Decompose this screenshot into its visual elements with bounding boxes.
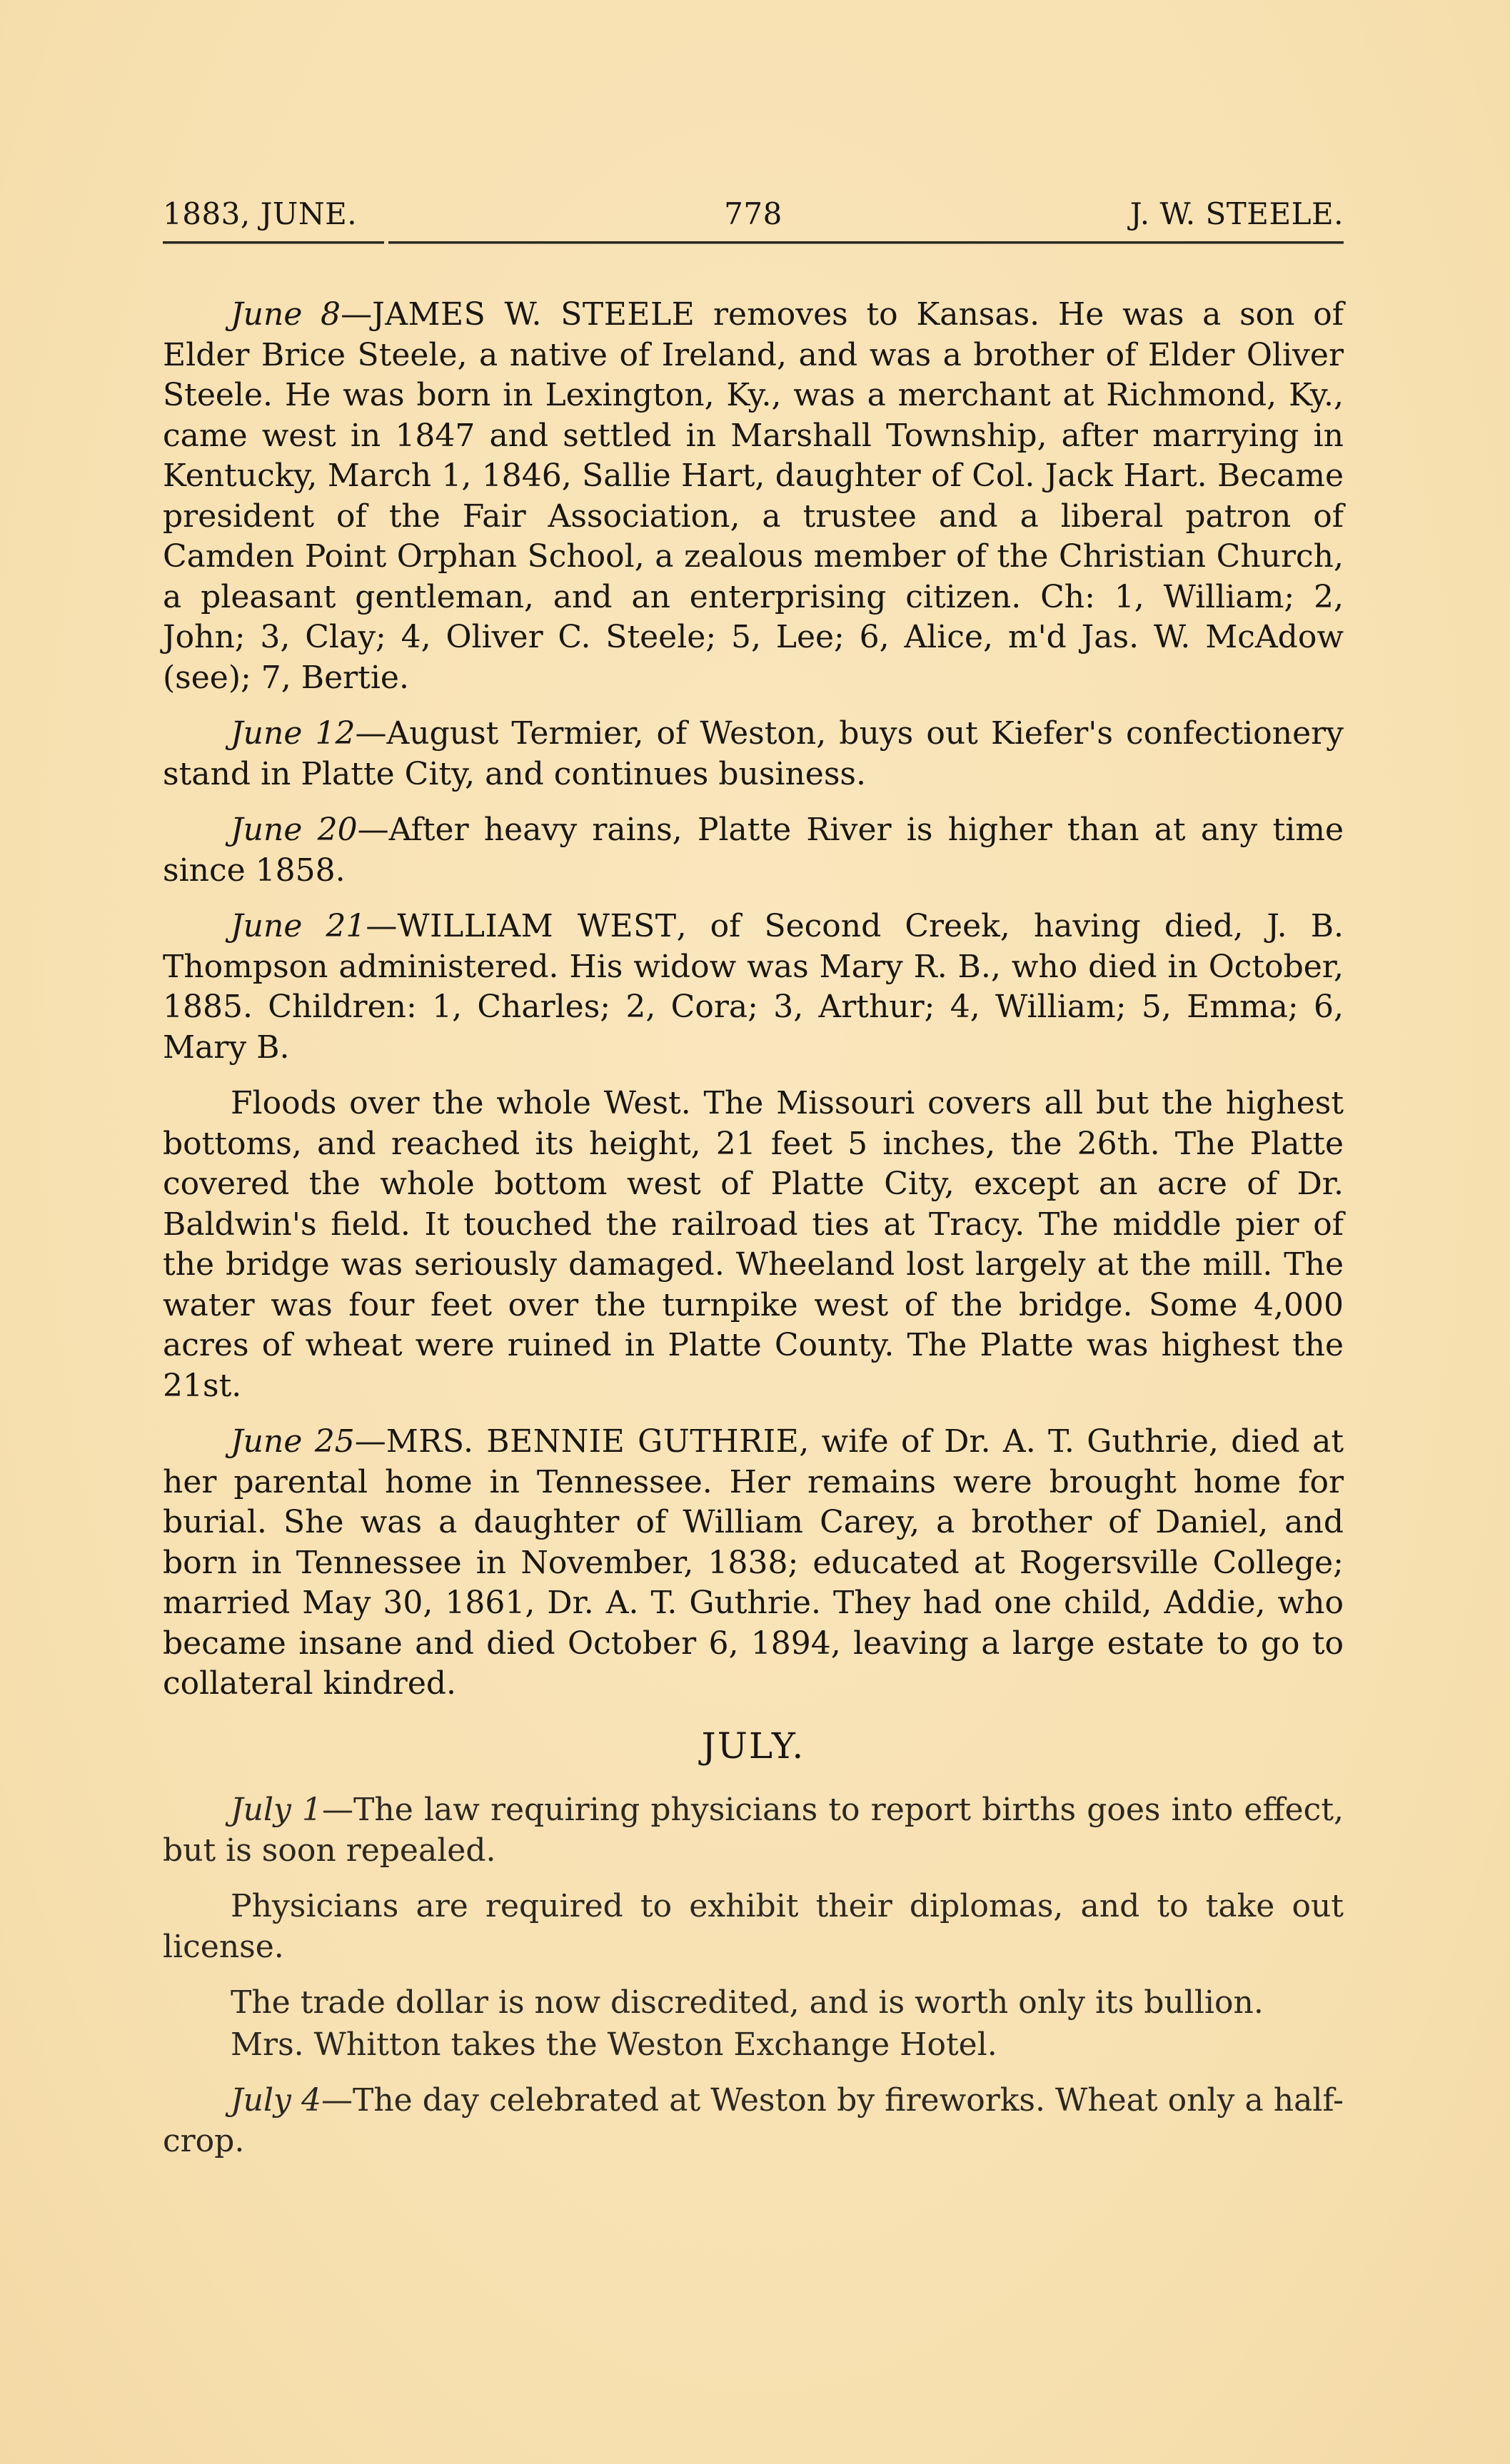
entry-text: , wife of Dr. A. T. Guthrie, died at her… [163,1423,1344,1702]
entry-name: JAMES W. STEELE [372,296,695,333]
entry-dash: — [355,715,386,752]
entry-july-1: July 1—The law requiring physicians to r… [163,1790,1344,1871]
entry-dash: — [358,812,389,848]
entry-text: removes to Kansas. He was a son of Elder… [163,296,1344,696]
entry-physicians: Physicians are required to exhibit their… [163,1887,1344,1967]
entry-june-21: June 21—WILLIAM WEST, of Second Creek, h… [163,907,1344,1068]
entry-text: The trade dollar is now discredited, and… [231,1984,1264,2021]
section-heading-july: JULY. [163,1726,1344,1767]
entry-june-25: June 25—MRS. BENNIE GUTHRIE, wife of Dr.… [163,1422,1344,1705]
entry-date: June 21 [231,908,366,944]
entry-weston-hotel: Mrs. Whitton takes the Weston Exchange H… [163,2025,1344,2066]
entry-text: Physicians are required to exhibit their… [163,1888,1344,1965]
header-rule [163,241,1344,245]
entry-june-20: June 20—After heavy rains, Platte River … [163,810,1344,891]
entry-june-12: June 12—August Termier, of Weston, buys … [163,714,1344,794]
entry-dash: — [341,296,372,333]
running-head: 1883, JUNE. 778 J. W. STEELE. [163,182,1344,229]
entry-july-4: July 4—The day celebrated at Weston by f… [163,2081,1344,2161]
entry-dash: — [321,2082,353,2119]
entry-june-8: June 8—JAMES W. STEELE removes to Kansas… [163,295,1344,698]
entry-name: WILLIAM WEST [397,908,676,944]
book-page: 1883, JUNE. 778 J. W. STEELE. June 8—JAM… [163,182,1344,2177]
entry-date: July 4 [231,2082,321,2119]
running-head-subject: J. W. STEELE. [1130,196,1344,231]
entry-name: MRS. BENNIE GUTHRIE [386,1423,800,1460]
header-rule-right [388,241,1344,244]
entry-date: June 8 [231,296,341,333]
entry-date: June 20 [231,812,358,848]
entry-date: July 1 [231,1792,322,1828]
entry-dash: — [366,908,397,944]
header-rule-left [163,241,384,244]
entry-dash: — [355,1423,386,1460]
page-body: June 8—JAMES W. STEELE removes to Kansas… [163,295,1344,2161]
entry-trade-dollar: The trade dollar is now discredited, and… [163,1983,1344,2024]
entry-date: June 25 [231,1423,355,1460]
entry-floods: Floods over the whole West. The Missouri… [163,1084,1344,1406]
entry-text: Mrs. Whitton takes the Weston Exchange H… [231,2026,997,2063]
entry-date: June 12 [231,715,355,752]
entry-dash: — [322,1792,353,1828]
entry-text: Floods over the whole West. The Missouri… [163,1085,1344,1404]
